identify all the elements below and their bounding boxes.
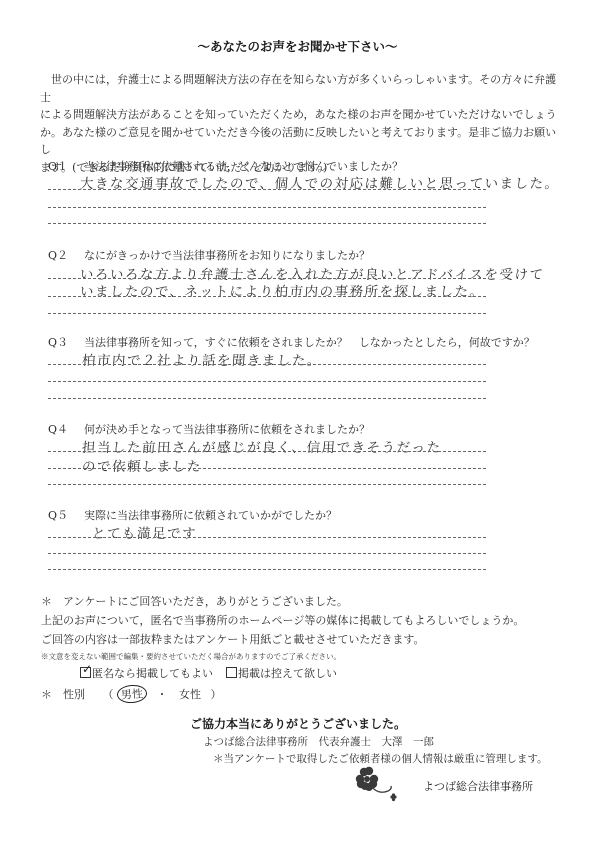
open-paren: （ [103,688,114,701]
page-title: ～あなたのお声をお聞かせ下さい～ [0,37,595,55]
question-text: 何が決め手となって当法律事務所に依頼をされましたか？ [84,421,370,437]
checkbox-unchecked[interactable] [226,667,237,678]
intro-line: 世の中には，弁護士による問題解決方法の存在を知らない方が多くいらっしゃいます。そ… [40,71,560,106]
option-label: 匿名なら掲載してもよい [92,667,213,680]
check-mark-icon: ✓ [82,663,92,675]
handwritten-answer[interactable]: とても満足です [91,522,197,542]
question-number: Q１ [48,158,78,174]
handwritten-answer[interactable]: ので依頼しました [81,455,202,475]
firm-logo-name: よつば総合法律事務所 [423,778,533,794]
question-text: 実際に当法律事務所に依頼されていかがでしたか？ [84,507,337,523]
answer-line [48,296,486,297]
answer-line [48,537,486,538]
answer-line [48,398,486,399]
separator: ・ [157,688,168,701]
option-decline[interactable]: 掲載は控えて欲しい [226,665,337,681]
gender-field: ＊ 性別 （ 男性 ・ 女性 ） [41,685,222,703]
publish-question: 上記のお声について，匿名で当事務所のホームページ等の媒体に掲載してもよろしいでし… [41,612,524,628]
close-paren: ） [211,688,222,701]
handwritten-answer[interactable]: 担当した前田さんが感じが良く、信用できそうだった [81,436,442,456]
publish-scope: ご回答の内容は一部抜粋またはアンケート用紙ごと載せさせていただきます。 [41,631,424,647]
thanks-line: ＊ アンケートにご回答いただき，ありがとうございました。 [41,593,348,609]
gender-label: ＊ 性別 [41,688,85,701]
answer-line [48,313,486,314]
answer-line [48,553,486,554]
intro-line: による問題解決方法があることを知っていただくため，あなた様のお声を聞かせていただ… [40,106,560,124]
gender-option-female[interactable]: 女性 [179,688,201,701]
question-number: Q２ [48,247,78,263]
question-number: Q４ [48,421,78,437]
answer-line [48,207,486,208]
answer-line [48,484,486,485]
intro-line: か。あなた様のご意見を聞かせていただき今後の活動に反映したいと考えております。是… [40,124,560,159]
option-anonymous-ok[interactable]: ✓匿名なら掲載してもよい [80,665,213,681]
question-number: Q５ [48,507,78,523]
handwritten-answer[interactable]: 柏市内で２社より話を聞きました。 [81,349,322,369]
privacy-note: ＊当アンケートで取得したご依頼者様の個人情報は厳重に管理します。 [213,751,548,766]
handwritten-answer[interactable]: いましたので、ネットにより柏市内の事務所を探しました。 [79,280,485,300]
answer-line [48,381,486,382]
answer-line [48,451,486,452]
answer-line [48,468,486,469]
answer-line [48,569,486,570]
question-number: Q３ [48,334,78,350]
answer-line [48,278,486,279]
edit-note: ※文意を変えない範囲で編集・要約させていただく場合がありますのでご了承ください。 [41,651,341,662]
answer-line [48,364,486,365]
gender-option-male-selected[interactable]: 男性 [116,684,147,704]
signature: よつば総合法律事務所 代表弁護士 大澤 一郎 [203,734,434,749]
question-text: 当法律事務所を知って，すぐに依頼をされましたか？ しなかったとしたら，何故ですか… [84,334,535,350]
closing-thanks: ご協力本当にありがとうございました。 [190,715,406,732]
answer-line [48,223,486,224]
question-text: なにがきっかけで当法律事務所をお知りになりましたか？ [84,247,370,263]
answer-line [48,189,486,190]
option-label: 掲載は控えて欲しい [238,667,337,680]
clover-logo-icon [354,765,414,803]
checkbox-checked[interactable]: ✓ [80,667,91,678]
